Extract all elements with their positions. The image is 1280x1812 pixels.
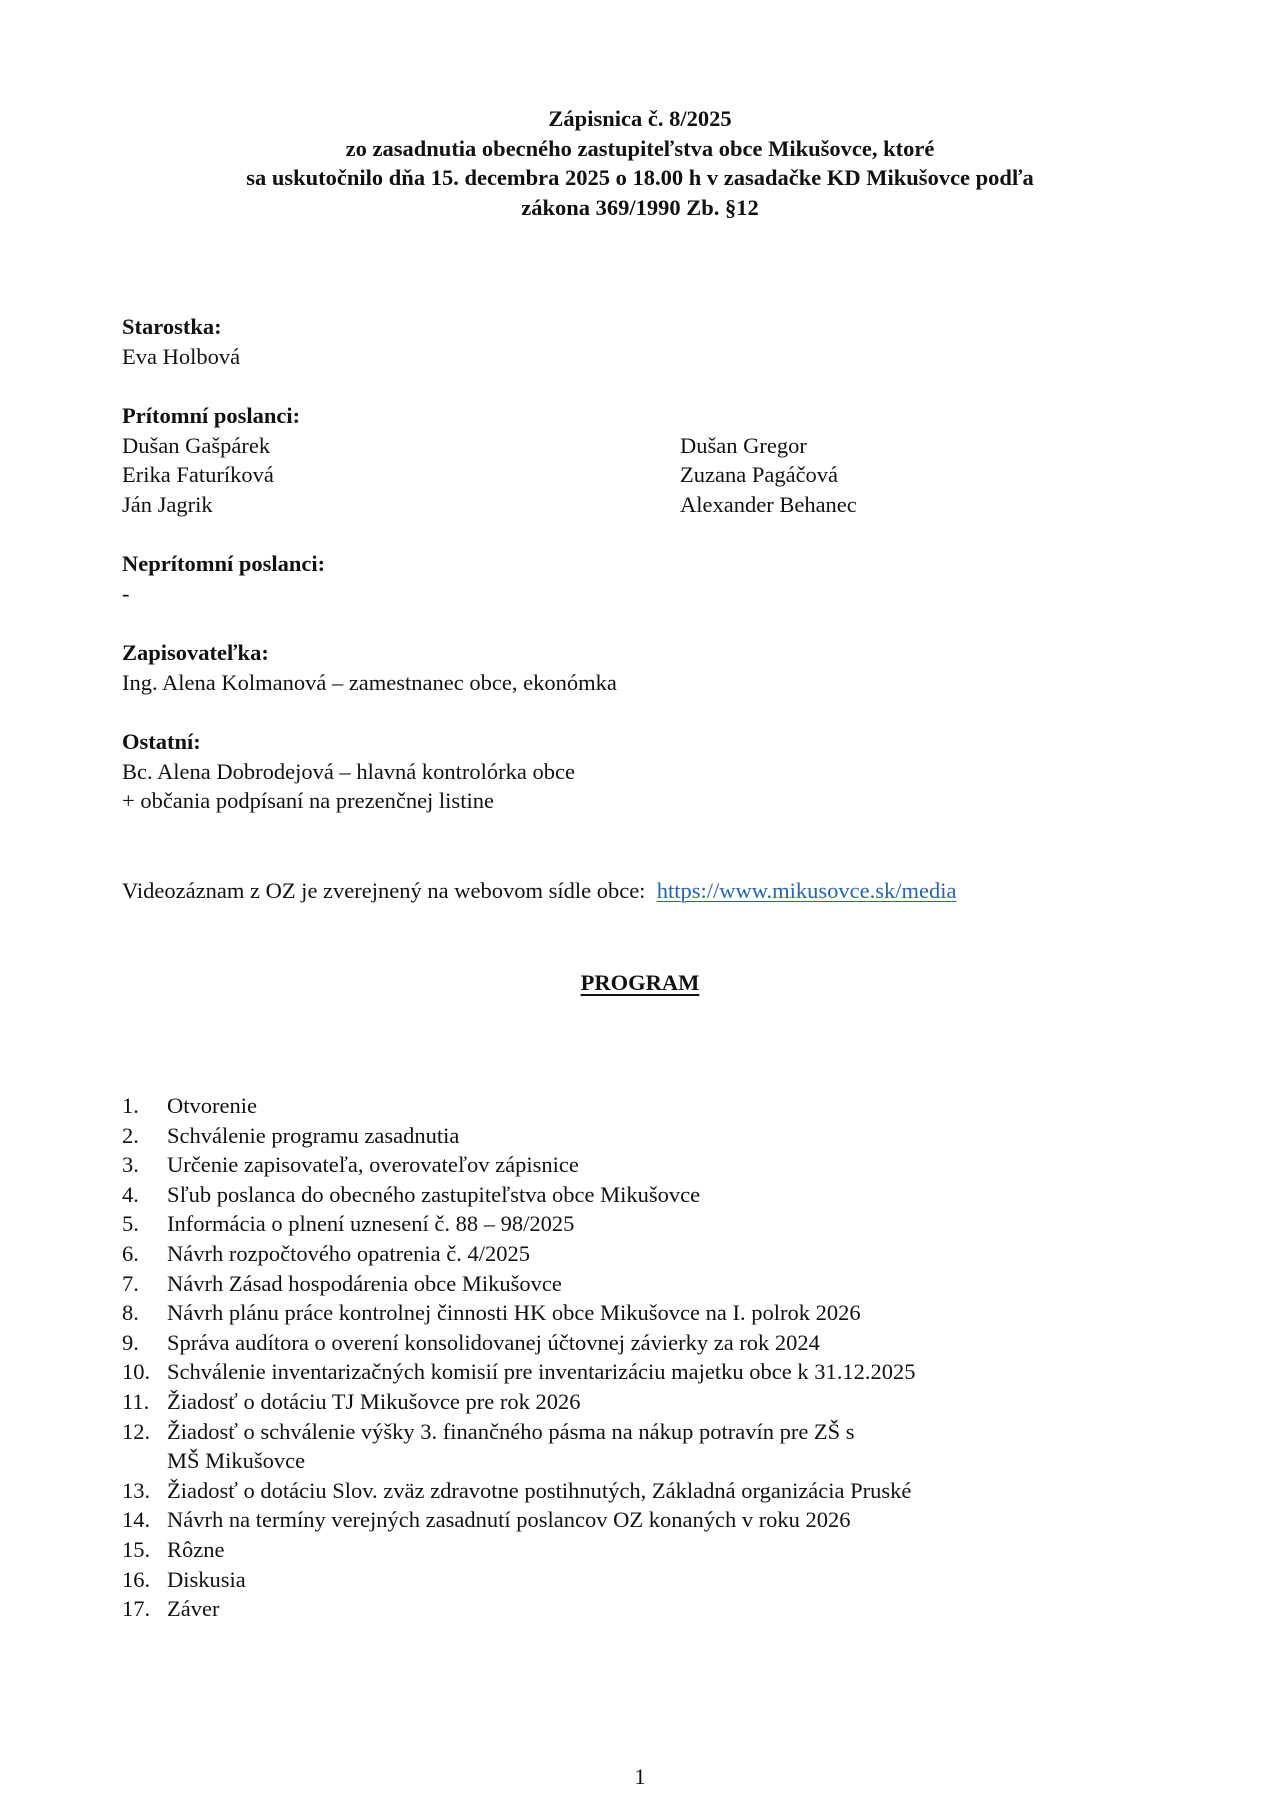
program-item: 4.Sľub poslanca do obecného zastupiteľst… [122, 1180, 1162, 1210]
program-item: 17.Záver [122, 1594, 1162, 1624]
mayor-name: Eva Holbová [122, 342, 1162, 372]
program-item: 14.Návrh na termíny verejných zasadnutí … [122, 1505, 1162, 1535]
others-line: Bc. Alena Dobrodejová – hlavná kontrolór… [122, 757, 1162, 787]
item-text: Žiadosť o dotáciu TJ Mikušovce pre rok 2… [167, 1389, 581, 1414]
mayor-heading: Starostka: [122, 312, 1162, 342]
item-text: Určenie zapisovateľa, overovateľov zápis… [167, 1152, 579, 1177]
item-number: 5. [122, 1209, 139, 1239]
video-section: Videozáznam z OZ je zverejnený na webovo… [122, 876, 1162, 906]
item-number: 7. [122, 1269, 139, 1299]
program-item: 11.Žiadosť o dotáciu TJ Mikušovce pre ro… [122, 1387, 1162, 1417]
title-line: sa uskutočnilo dňa 15. decembra 2025 o 1… [0, 163, 1280, 193]
document-title: Zápisnica č. 8/2025 zo zasadnutia obecné… [0, 104, 1280, 222]
absent-section: Neprítomní poslanci: - [122, 549, 1162, 608]
item-text: Schválenie inventarizačných komisií pre … [167, 1359, 916, 1384]
present-right-column: Dušan Gregor Zuzana Pagáčová Alexander B… [680, 431, 857, 520]
program-heading: PROGRAM [0, 968, 1280, 998]
item-text: Sľub poslanca do obecného zastupiteľstva… [167, 1182, 700, 1207]
present-left-column: Dušan Gašpárek Erika Faturíková Ján Jagr… [122, 431, 274, 520]
item-number: 10. [122, 1357, 150, 1387]
item-text: Návrh na termíny verejných zasadnutí pos… [167, 1507, 851, 1532]
present-section: Prítomní poslanci: Dušan Gašpárek Erika … [122, 401, 1162, 520]
others-heading: Ostatní: [122, 727, 1162, 757]
program-item: 9.Správa audítora o overení konsolidovan… [122, 1328, 1162, 1358]
title-line: Zápisnica č. 8/2025 [0, 104, 1280, 134]
program-item: 2.Schválenie programu zasadnutia [122, 1121, 1162, 1151]
item-number: 6. [122, 1239, 139, 1269]
item-text: Návrh rozpočtového opatrenia č. 4/2025 [167, 1241, 530, 1266]
present-members: Dušan Gašpárek Erika Faturíková Ján Jagr… [122, 431, 1162, 520]
item-number: 3. [122, 1150, 139, 1180]
item-number: 9. [122, 1328, 139, 1358]
member-name: Ján Jagrik [122, 490, 274, 520]
member-name: Alexander Behanec [680, 490, 857, 520]
mayor-section: Starostka: Eva Holbová [122, 312, 1162, 371]
item-number: 16. [122, 1565, 150, 1595]
program-item: 16.Diskusia [122, 1565, 1162, 1595]
item-text: Návrh Zásad hospodárenia obce Mikušovce [167, 1271, 562, 1296]
item-text: Záver [167, 1596, 219, 1621]
item-number: 8. [122, 1298, 139, 1328]
item-number: 12. [122, 1417, 150, 1447]
recorder-heading: Zapisovateľka: [122, 638, 1162, 668]
video-text: Videozáznam z OZ je zverejnený na webovo… [122, 878, 645, 903]
item-text: Otvorenie [167, 1093, 257, 1118]
program-item: 1.Otvorenie [122, 1091, 1162, 1121]
member-name: Erika Faturíková [122, 460, 274, 490]
program-item: 15.Rôzne [122, 1535, 1162, 1565]
item-number: 15. [122, 1535, 150, 1565]
program-item: 6.Návrh rozpočtového opatrenia č. 4/2025 [122, 1239, 1162, 1269]
item-text: Rôzne [167, 1537, 224, 1562]
item-text: Diskusia [167, 1567, 246, 1592]
program-item: 12.Žiadosť o schválenie výšky 3. finančn… [122, 1417, 1162, 1476]
program-item: 5.Informácia o plnení uznesení č. 88 – 9… [122, 1209, 1162, 1239]
item-number: 2. [122, 1121, 139, 1151]
recorder-value: Ing. Alena Kolmanová – zamestnanec obce,… [122, 668, 1162, 698]
program-item: 10.Schválenie inventarizačných komisií p… [122, 1357, 1162, 1387]
item-text: Schválenie programu zasadnutia [167, 1123, 459, 1148]
title-line: zákona 369/1990 Zb. §12 [0, 193, 1280, 223]
member-name: Zuzana Pagáčová [680, 460, 857, 490]
item-number: 17. [122, 1594, 150, 1624]
program-item: 3.Určenie zapisovateľa, overovateľov záp… [122, 1150, 1162, 1180]
program-item: 13.Žiadosť o dotáciu Slov. zväz zdravotn… [122, 1476, 1162, 1506]
item-text: Žiadosť o dotáciu Slov. zväz zdravotne p… [167, 1478, 911, 1503]
present-heading: Prítomní poslanci: [122, 401, 1162, 431]
item-number: 1. [122, 1091, 139, 1121]
video-line: Videozáznam z OZ je zverejnený na webovo… [122, 876, 1162, 906]
item-number: 11. [122, 1387, 149, 1417]
video-link[interactable]: https://www.mikusovce.sk/media [657, 878, 957, 903]
program-item: 7.Návrh Zásad hospodárenia obce Mikušovc… [122, 1269, 1162, 1299]
item-text: Žiadosť o schválenie výšky 3. finančného… [167, 1419, 855, 1474]
item-number: 4. [122, 1180, 139, 1210]
program-list: 1.Otvorenie 2.Schválenie programu zasadn… [122, 1091, 1162, 1624]
document-page: Zápisnica č. 8/2025 zo zasadnutia obecné… [0, 0, 1280, 1812]
page-number: 1 [0, 1762, 1280, 1792]
program-item: 8.Návrh plánu práce kontrolnej činnosti … [122, 1298, 1162, 1328]
member-name: Dušan Gašpárek [122, 431, 274, 461]
item-text: Návrh plánu práce kontrolnej činnosti HK… [167, 1300, 861, 1325]
others-line: + občania podpísaní na prezenčnej listin… [122, 786, 1162, 816]
item-number: 14. [122, 1505, 150, 1535]
absent-value: - [122, 579, 1162, 609]
absent-heading: Neprítomní poslanci: [122, 549, 1162, 579]
member-name: Dušan Gregor [680, 431, 857, 461]
title-line: zo zasadnutia obecného zastupiteľstva ob… [0, 134, 1280, 164]
others-section: Ostatní: Bc. Alena Dobrodejová – hlavná … [122, 727, 1162, 816]
item-text: Správa audítora o overení konsolidovanej… [167, 1330, 820, 1355]
recorder-section: Zapisovateľka: Ing. Alena Kolmanová – za… [122, 638, 1162, 697]
item-number: 13. [122, 1476, 150, 1506]
item-text: Informácia o plnení uznesení č. 88 – 98/… [167, 1211, 574, 1236]
